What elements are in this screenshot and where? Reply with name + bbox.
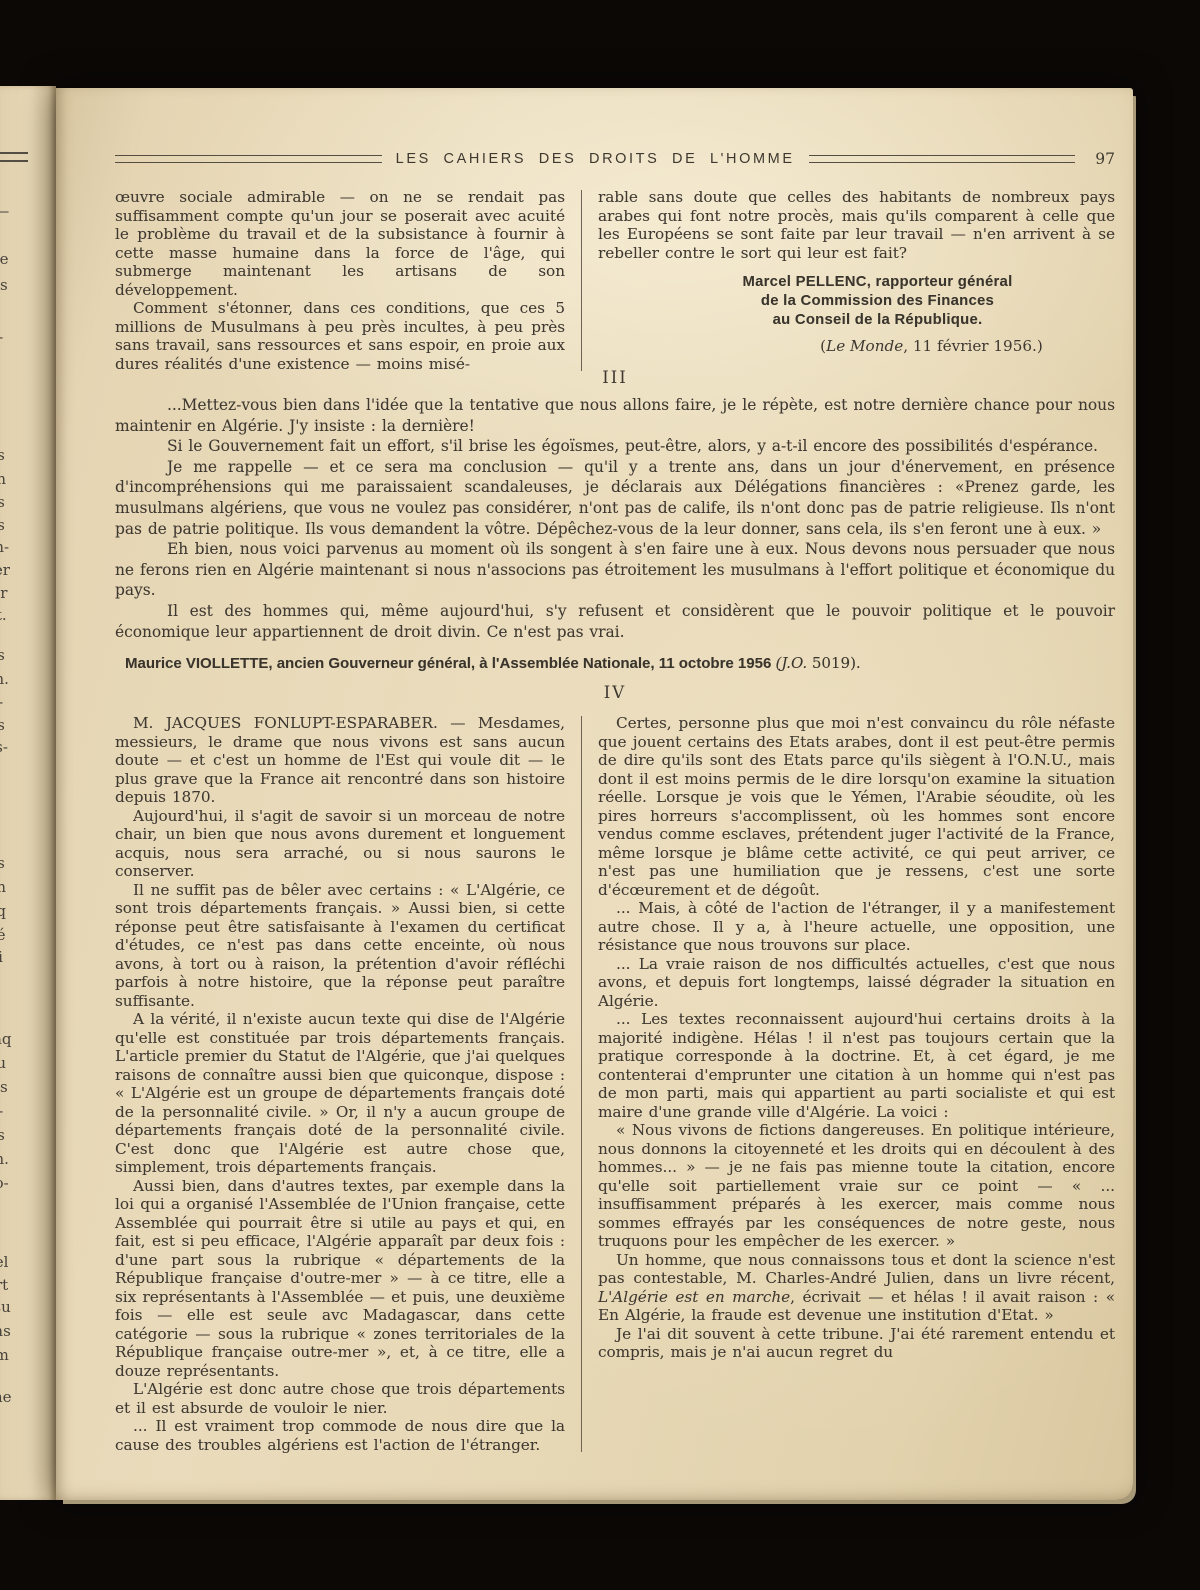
edge-text-fragment: n: [0, 472, 6, 487]
journal-officiel-number: 5019).: [807, 654, 861, 672]
paragraph: Si le Gouvernement fait un effort, s'il …: [115, 436, 1115, 457]
paragraph: Je l'ai dit souvent à cette tribune. J'a…: [598, 1325, 1115, 1362]
edge-text-fragment: -: [0, 695, 3, 710]
header-rule-right: [809, 155, 1076, 163]
facing-page-text-fragments: —leis-snssn-erirt.sn.-ss-snqéiaquis-sn.o…: [0, 0, 22, 1590]
section-iv-right-column: Certes, personne plus que moi n'est conv…: [598, 714, 1115, 1454]
edge-text-fragment: n.: [0, 672, 9, 687]
julien-text-before: Un homme, que nous connaissons tous et d…: [598, 1251, 1115, 1288]
column-divider: [581, 190, 582, 371]
edge-text-fragment: ne: [0, 1390, 11, 1405]
edge-text-fragment: s: [0, 495, 5, 510]
source-suffix: , 11 février 1956.): [903, 337, 1043, 355]
edge-text-fragment: s: [0, 1128, 5, 1143]
paragraph: ... Il est vraiment trop commode de nous…: [115, 1417, 565, 1454]
attribution-line: au Conseil de la République.: [640, 311, 1115, 330]
journal-officiel-ref: (J.O.: [775, 654, 807, 672]
edge-text-fragment: s: [0, 648, 5, 663]
source-title: Le Monde: [826, 337, 903, 355]
paragraph: Il est des hommes qui, même aujourd'hui,…: [115, 601, 1115, 642]
source-citation: (Le Monde, 11 février 1956.): [598, 337, 1115, 355]
paragraph: Eh bien, nous voici parvenus au moment o…: [115, 539, 1115, 601]
pellenc-attribution: Marcel PELLENC, rapporteur général de la…: [598, 273, 1115, 330]
edge-text-fragment: s: [0, 518, 5, 533]
column-divider: [581, 716, 582, 1452]
edge-text-fragment: aq: [0, 1032, 11, 1047]
edge-text-fragment: s-: [0, 740, 8, 755]
paragraph: Il ne suffit pas de bêler avec certains …: [115, 881, 565, 1011]
attribution-line: de la Commission des Finances: [640, 292, 1115, 311]
edge-text-fragment: rt: [0, 1278, 8, 1293]
edge-text-fragment: -: [0, 330, 3, 345]
edge-text-fragment: is: [0, 278, 8, 293]
attribution-line: Marcel PELLENC, rapporteur général: [640, 273, 1115, 292]
edge-text-fragment: is: [0, 1080, 8, 1095]
paragraph: rable sans doute que celles des habitant…: [598, 188, 1115, 262]
edge-text-fragment: s: [0, 448, 5, 463]
page-body: III ...Mettez-vous bien dans l'idée que …: [115, 368, 1115, 1454]
section-iii: III ...Mettez-vous bien dans l'idée que …: [115, 368, 1115, 642]
paragraph: Je me rappelle — et ce sera ma conclusio…: [115, 457, 1115, 539]
edge-text-fragment: t.: [0, 608, 7, 623]
journal-title: LES CAHIERS DES DROITS DE L'HOMME: [382, 151, 809, 167]
edge-text-fragment: é: [0, 928, 6, 943]
julien-paragraph: Un homme, que nous connaissons tous et d…: [598, 1251, 1115, 1325]
viollette-attribution: Maurice VIOLLETTE, ancien Gouverneur gén…: [115, 654, 1115, 673]
edge-text-fragment: el: [0, 1255, 8, 1270]
edge-text-fragment: —: [0, 204, 9, 219]
paragraph: ... Les textes reconnaissent aujourd'hui…: [598, 1010, 1115, 1121]
top-section: œuvre sociale admirable — on ne se renda…: [115, 188, 1115, 373]
page: LES CAHIERS DES DROITS DE L'HOMME 97 œuv…: [56, 88, 1133, 1500]
viollette-bold-text: Maurice VIOLLETTE, ancien Gouverneur gén…: [125, 655, 775, 672]
edge-text-fragment: le: [0, 252, 8, 267]
top-left-column: œuvre sociale admirable — on ne se renda…: [115, 188, 565, 373]
paragraph: Comment s'étonner, dans ces conditions, …: [115, 299, 565, 373]
paragraph: M. JACQUES FONLUPT-ESPARABER. — Mesdames…: [115, 714, 565, 807]
paragraph: Aussi bien, dans d'autres textes, par ex…: [115, 1177, 565, 1381]
top-right-column: rable sans doute que celles des habitant…: [598, 188, 1115, 373]
paragraph: ... La vraie raison de nos difficultés a…: [598, 955, 1115, 1011]
page-number: 97: [1095, 150, 1115, 168]
paragraph: Certes, personne plus que moi n'est conv…: [598, 714, 1115, 899]
edge-text-fragment: -: [0, 1104, 3, 1119]
edge-text-fragment: s: [0, 718, 5, 733]
edge-text-fragment: er: [0, 563, 10, 578]
edge-text-fragment: o-: [0, 1176, 9, 1191]
paragraph: « Nous vivons de fictions dangereuses. E…: [598, 1121, 1115, 1251]
edge-text-fragment: ns: [0, 1324, 11, 1339]
edge-text-fragment: m: [0, 1348, 9, 1363]
header-rule-left: [115, 155, 382, 163]
section-iii-heading: III: [115, 368, 1115, 387]
edge-text-fragment: n.: [0, 1152, 9, 1167]
paragraph: ...Mettez-vous bien dans l'idée que la t…: [115, 395, 1115, 436]
masthead: LES CAHIERS DES DROITS DE L'HOMME 97: [115, 150, 1115, 168]
book-title: L'Algérie est en marche: [598, 1288, 790, 1306]
paragraph: œuvre sociale admirable — on ne se renda…: [115, 188, 565, 299]
section-iv-heading: IV: [115, 683, 1115, 702]
edge-text-fragment: n: [0, 880, 6, 895]
paragraph: Aujourd'hui, il s'agit de savoir si un m…: [115, 807, 565, 881]
paragraph: ... Mais, à côté de l'action de l'étrang…: [598, 899, 1115, 955]
paragraph: L'Algérie est donc autre chose que trois…: [115, 1380, 565, 1417]
section-iv: M. JACQUES FONLUPT-ESPARABER. — Mesdames…: [115, 714, 1115, 1454]
section-iv-left-column: M. JACQUES FONLUPT-ESPARABER. — Mesdames…: [115, 714, 565, 1454]
edge-text-fragment: ir: [0, 586, 7, 601]
edge-text-fragment: su: [0, 1300, 11, 1315]
edge-text-fragment: q: [0, 904, 6, 919]
edge-text-fragment: n-: [0, 540, 9, 555]
paragraph: A la vérité, il n'existe aucun texte qui…: [115, 1010, 565, 1177]
edge-text-fragment: i: [0, 950, 3, 965]
edge-text-fragment: u: [0, 1056, 6, 1071]
edge-text-fragment: s: [0, 856, 5, 871]
